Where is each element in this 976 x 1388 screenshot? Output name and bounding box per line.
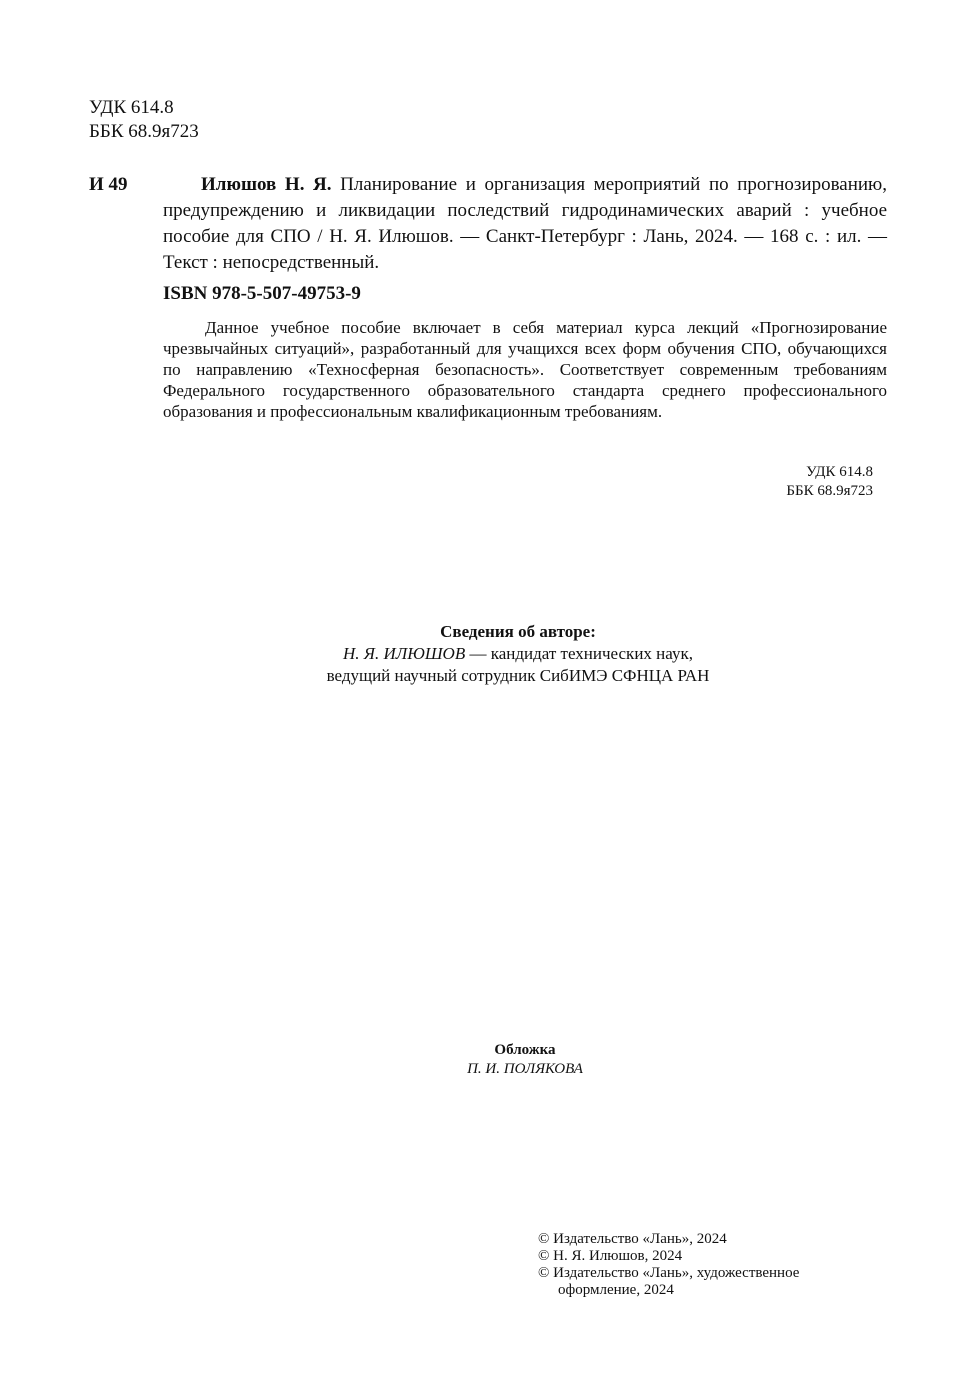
bbk-code: ББК 68.9я723 bbox=[740, 482, 873, 501]
author-info: Сведения об авторе: Н. Я. ИЛЮШОВ — канди… bbox=[200, 621, 836, 687]
author-info-heading: Сведения об авторе: bbox=[200, 621, 836, 643]
author-position: ведущий научный сотрудник СибИМЭ СФНЦА Р… bbox=[200, 665, 836, 687]
classification-codes-right: УДК 614.8 ББК 68.9я723 bbox=[740, 463, 873, 501]
udk-code: УДК 614.8 bbox=[89, 96, 199, 120]
author-degree: — кандидат технических наук, bbox=[465, 644, 693, 663]
author-info-line1: Н. Я. ИЛЮШОВ — кандидат технических наук… bbox=[200, 643, 836, 665]
record-author: Илюшов Н. Я. bbox=[201, 174, 332, 195]
abstract: Данное учебное пособие включает в себя м… bbox=[163, 317, 887, 422]
copyright-block: © Издательство «Лань», 2024 © Н. Я. Илюш… bbox=[538, 1231, 799, 1299]
cover-credit: Обложка П. И. ПОЛЯКОВА bbox=[380, 1041, 670, 1079]
copyright-line-continuation: оформление, 2024 bbox=[538, 1282, 799, 1299]
copyright-line: © Издательство «Лань», 2024 bbox=[538, 1231, 799, 1248]
copyright-line: © Н. Я. Илюшов, 2024 bbox=[538, 1248, 799, 1265]
udk-code: УДК 614.8 bbox=[740, 463, 873, 482]
author-mark: И 49 bbox=[89, 172, 128, 198]
copyright-line: © Издательство «Лань», художественное bbox=[538, 1265, 799, 1282]
cover-heading: Обложка bbox=[380, 1041, 670, 1060]
isbn: ISBN 978-5-507-49753-9 bbox=[163, 282, 361, 306]
author-name: Н. Я. ИЛЮШОВ bbox=[343, 644, 465, 663]
bibliographic-record: Илюшов Н. Я. Планирование и организация … bbox=[163, 172, 887, 276]
classification-codes-top: УДК 614.8 ББК 68.9я723 bbox=[89, 96, 199, 144]
cover-artist: П. И. ПОЛЯКОВА bbox=[380, 1060, 670, 1079]
bbk-code: ББК 68.9я723 bbox=[89, 120, 199, 144]
